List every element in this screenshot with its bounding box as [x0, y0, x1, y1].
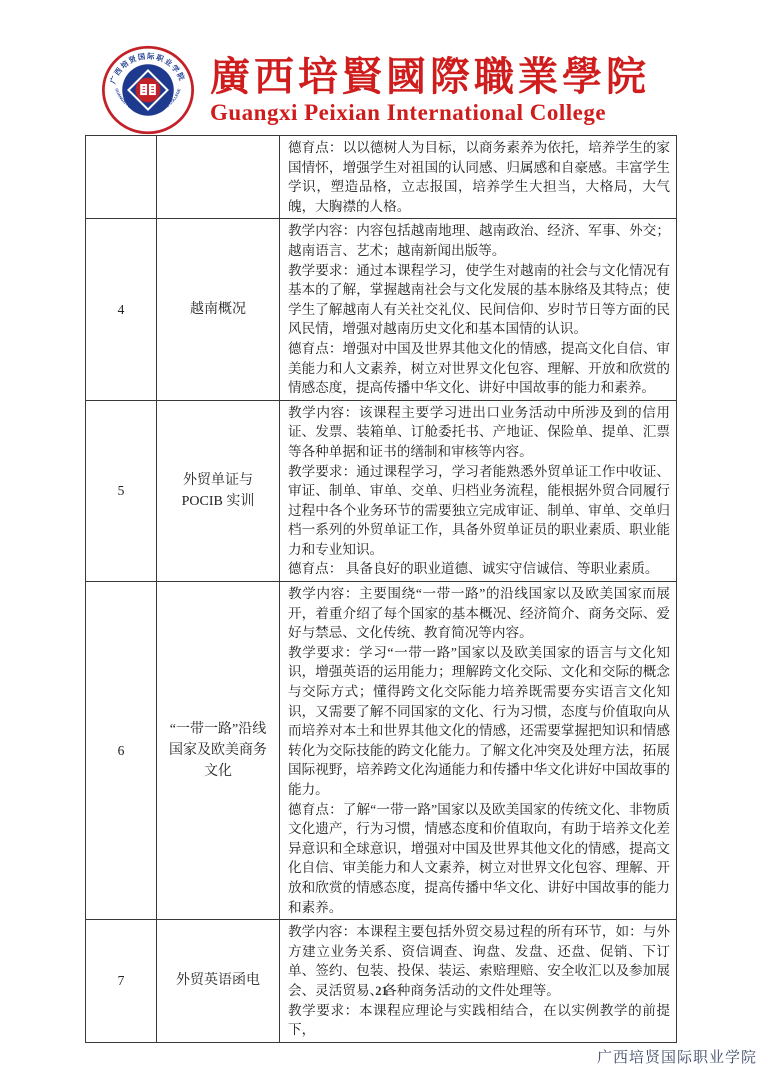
- desc-paragraph: 德育点：以以德树人为目标，以商务素养为依托，培养学生的家国情怀，增强学生对祖国的…: [288, 138, 670, 216]
- table-row: 德育点：以以德树人为目标，以商务素养为依托，培养学生的家国情怀，增强学生对祖国的…: [86, 136, 677, 219]
- table-row: 5 外贸单证与 POCIB 实训 教学内容：该课程主要学习进出口业务活动中所涉及…: [86, 400, 677, 581]
- desc-paragraph: 德育点：了解“一带一路”国家以及欧美国家的传统文化、非物质文化遗产，行为习惯，情…: [288, 800, 670, 918]
- college-logo-icon: 广西培贤国际职业学院 GUANGXI PEIXIAN INTERNATIONAL…: [100, 44, 196, 136]
- course-name-cell: “一带一路”沿线国家及欧美商务文化: [157, 582, 280, 920]
- desc-paragraph: 教学要求：学习“一带一路”国家以及欧美国家的语言与文化知识，增强英语的运用能力；…: [288, 643, 670, 800]
- table-row: 4 越南概况 教学内容：内容包括越南地理、越南政治、经济、军事、外交；越南语言、…: [86, 219, 677, 400]
- course-desc-cell: 教学内容：该课程主要学习进出口业务活动中所涉及到的信用证、发票、装箱单、订舱委托…: [280, 400, 677, 581]
- course-name-cell: 外贸英语函电: [157, 920, 280, 1043]
- page-number: 21: [0, 984, 763, 999]
- course-desc-cell: 教学内容：本课程主要包括外贸交易过程的所有环节，如：与外方建立业务关系、资信调查…: [280, 920, 677, 1043]
- college-name-en: Guangxi Peixian International College: [210, 100, 650, 126]
- row-number-cell: 4: [86, 219, 157, 400]
- desc-paragraph: 教学内容：主要围绕“一带一路”的沿线国家以及欧美国家而展开，着重介绍了每个国家的…: [288, 584, 670, 643]
- course-table: 德育点：以以德树人为目标，以商务素养为依托，培养学生的家国情怀，增强学生对祖国的…: [85, 135, 677, 1043]
- table-row: 6 “一带一路”沿线国家及欧美商务文化 教学内容：主要围绕“一带一路”的沿线国家…: [86, 582, 677, 920]
- course-desc-cell: 德育点：以以德树人为目标，以商务素养为依托，培养学生的家国情怀，增强学生对祖国的…: [280, 136, 677, 219]
- course-desc-cell: 教学内容：内容包括越南地理、越南政治、经济、军事、外交；越南语言、艺术；越南新闻…: [280, 219, 677, 400]
- desc-paragraph: 教学要求：通过课程学习，学习者能熟悉外贸单证工作中收证、审证、制单、审单、交单、…: [288, 462, 670, 560]
- course-name-cell: 外贸单证与 POCIB 实训: [157, 400, 280, 581]
- college-titles: 廣西培賢國際職業學院 Guangxi Peixian International…: [210, 55, 650, 126]
- course-name-cell: [157, 136, 280, 219]
- watermark-text: 广西培贤国际职业学院: [597, 1046, 757, 1067]
- page-header: 广西培贤国际职业学院 GUANGXI PEIXIAN INTERNATIONAL…: [100, 44, 650, 136]
- desc-paragraph: 教学内容：内容包括越南地理、越南政治、经济、军事、外交；越南语言、艺术；越南新闻…: [288, 221, 670, 260]
- table-row: 7 外贸英语函电 教学内容：本课程主要包括外贸交易过程的所有环节，如：与外方建立…: [86, 920, 677, 1043]
- row-number-cell: [86, 136, 157, 219]
- document-page: 广西培贤国际职业学院 GUANGXI PEIXIAN INTERNATIONAL…: [0, 0, 763, 1080]
- row-number-cell: 5: [86, 400, 157, 581]
- course-name-cell: 越南概况: [157, 219, 280, 400]
- course-desc-cell: 教学内容：主要围绕“一带一路”的沿线国家以及欧美国家而展开，着重介绍了每个国家的…: [280, 582, 677, 920]
- desc-paragraph: 德育点：增强对中国及世界其他文化的情感，提高文化自信、审美能力和人文素养，树立对…: [288, 339, 670, 398]
- desc-paragraph: 教学要求：本课程应理论与实践相结合，在以实例教学的前提下，: [288, 1001, 670, 1040]
- row-number-cell: 7: [86, 920, 157, 1043]
- desc-paragraph: 教学内容：该课程主要学习进出口业务活动中所涉及到的信用证、发票、装箱单、订舱委托…: [288, 403, 670, 462]
- row-number-cell: 6: [86, 582, 157, 920]
- desc-paragraph: 教学要求：通过本课程学习，使学生对越南的社会与文化情况有基本的了解，掌握越南社会…: [288, 261, 670, 339]
- desc-paragraph: 德育点： 具备良好的职业道德、诚实守信诚信、等职业素质。: [288, 559, 670, 579]
- college-name-zh: 廣西培賢國際職業學院: [210, 55, 650, 99]
